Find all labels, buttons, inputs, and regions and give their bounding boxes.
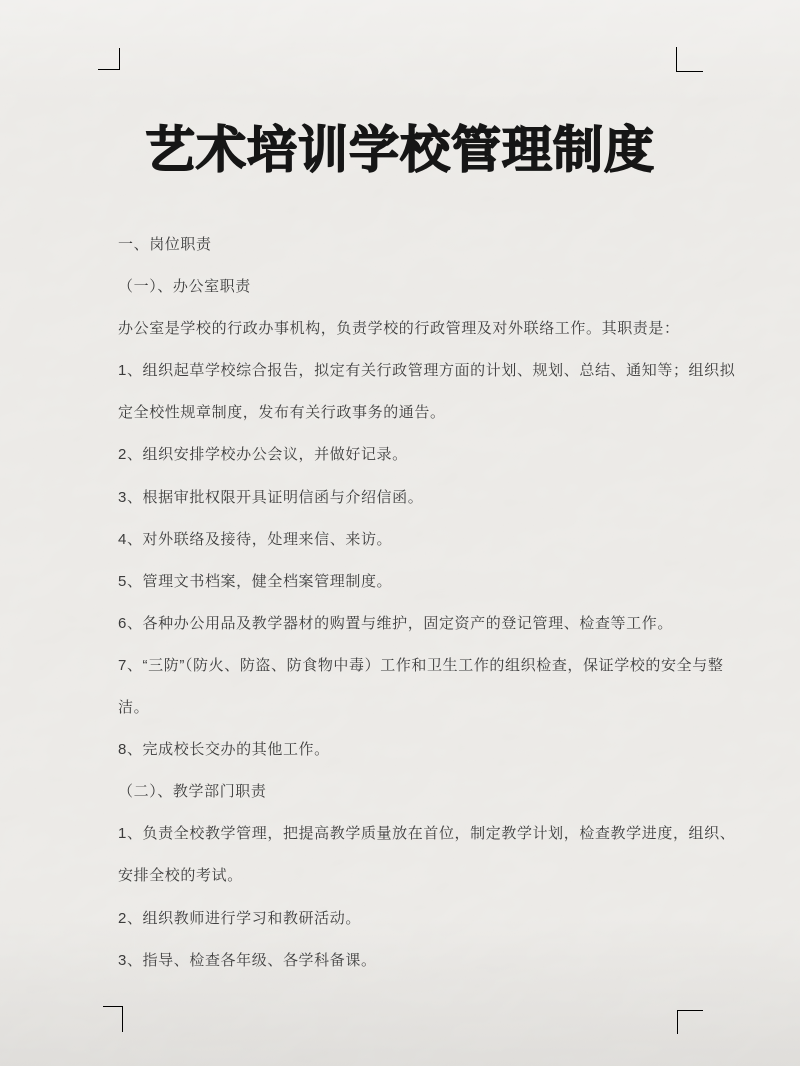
page-title: 艺术培训学校管理制度 (0, 114, 800, 186)
text-line: 8、完成校长交办的其他工作。 (118, 729, 758, 771)
text-line: 4、对外联络及接待，处理来信、来访。 (118, 519, 758, 561)
text-line: 2、组织安排学校办公会议，并做好记录。 (118, 434, 758, 476)
corner-mark-top-left (98, 48, 120, 70)
text-line: 1、负责全校教学管理，把提高教学质量放在首位，制定教学计划，检查教学进度，组织、 (118, 813, 758, 855)
document-page: 艺术培训学校管理制度 一、岗位职责 （一）、办公室职责 办公室是学校的行政办事机… (0, 0, 800, 1066)
text-line: 洁。 (118, 687, 758, 729)
text-line: 2、组织教师进行学习和教研活动。 (118, 898, 758, 940)
text-line: 3、指导、检查各年级、各学科备课。 (118, 940, 758, 982)
text-line: 1、组织起草学校综合报告，拟定有关行政管理方面的计划、规划、总结、通知等；组织拟 (118, 350, 758, 392)
text-line: （一）、办公室职责 (118, 266, 758, 308)
text-line: 3、根据审批权限开具证明信函与介绍信函。 (118, 477, 758, 519)
text-line: 7、“三防”（防火、防盗、防食物中毒）工作和卫生工作的组织检查，保证学校的安全与… (118, 645, 758, 687)
text-line: 6、各种办公用品及教学器材的购置与维护，固定资产的登记管理、检查等工作。 (118, 603, 758, 645)
text-line: 安排全校的考试。 (118, 855, 758, 897)
text-line: 一、岗位职责 (118, 224, 758, 266)
corner-mark-bottom-right (677, 1010, 703, 1034)
text-line: 办公室是学校的行政办事机构，负责学校的行政管理及对外联络工作。其职责是： (118, 308, 758, 350)
corner-mark-bottom-left (103, 1006, 123, 1032)
text-line: （二）、教学部门职责 (118, 771, 758, 813)
text-line: 5、管理文书档案，健全档案管理制度。 (118, 561, 758, 603)
document-body: 一、岗位职责 （一）、办公室职责 办公室是学校的行政办事机构，负责学校的行政管理… (118, 224, 758, 982)
corner-mark-top-right (676, 47, 703, 72)
text-line: 定全校性规章制度，发布有关行政事务的通告。 (118, 392, 758, 434)
